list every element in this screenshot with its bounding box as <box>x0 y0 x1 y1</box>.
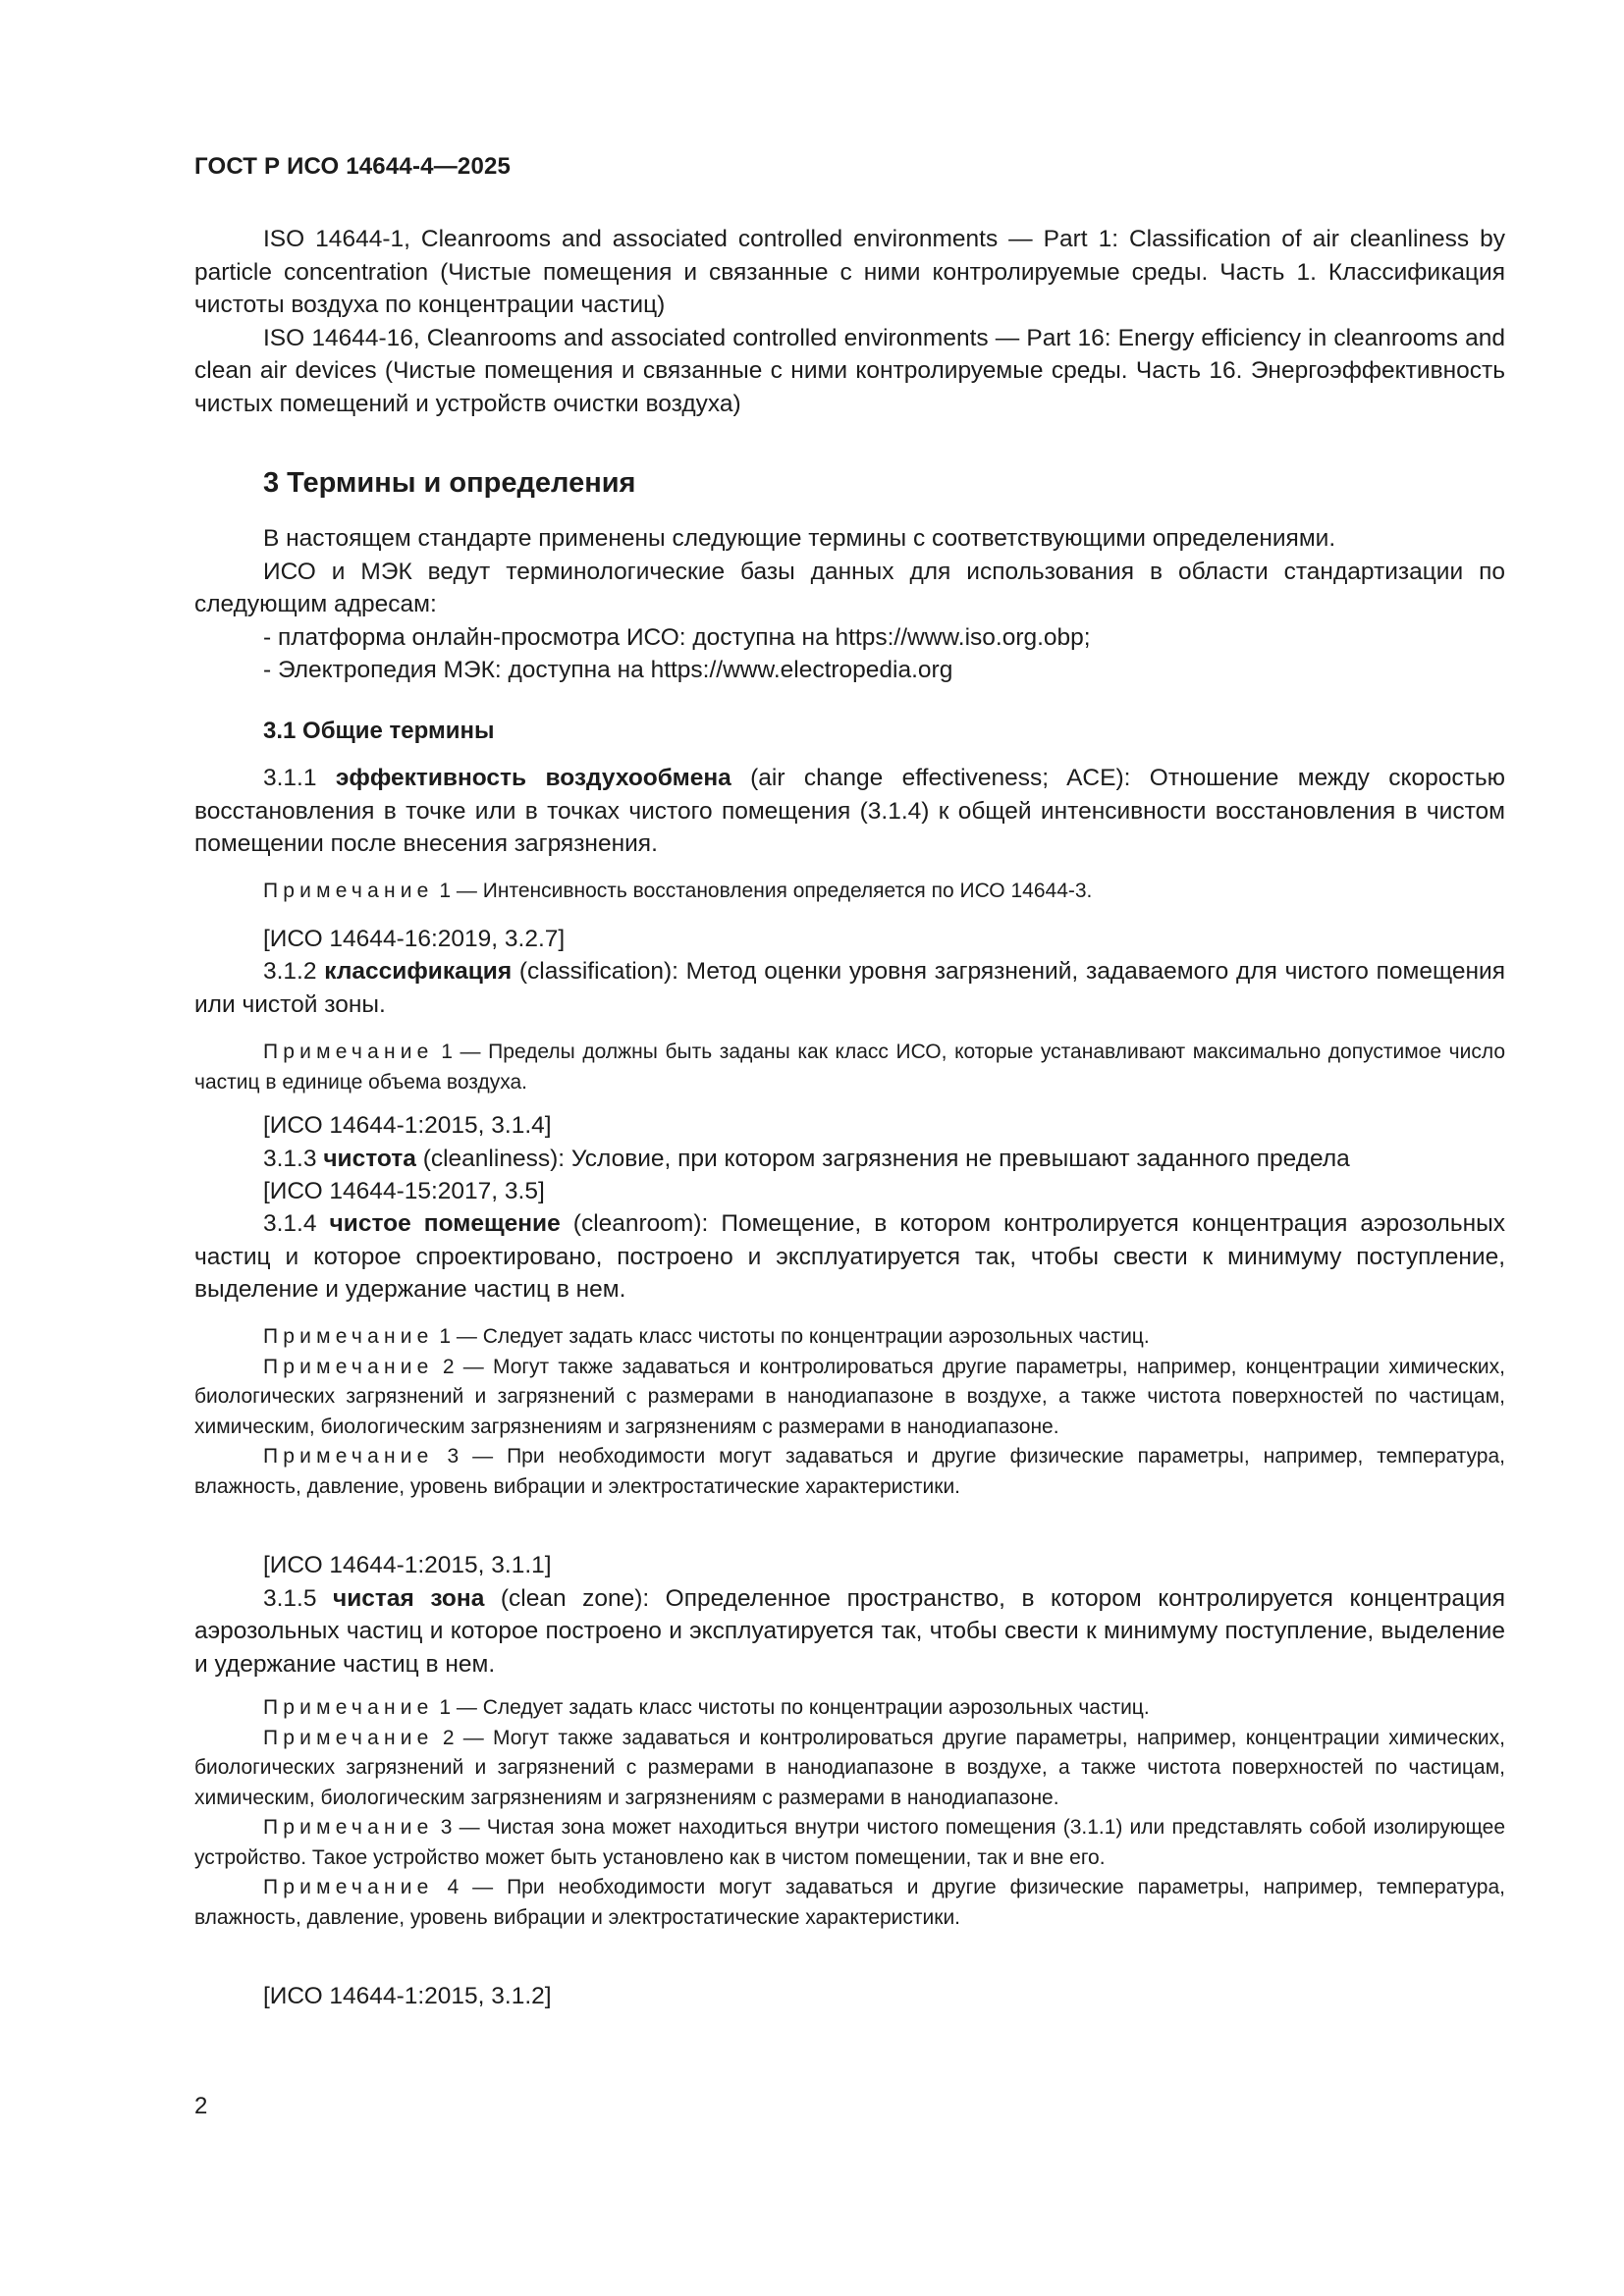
note: Примечание 2 — Могут также задаваться и … <box>194 1724 1505 1814</box>
note: Примечание 1 — Пределы должны быть задан… <box>194 1038 1505 1097</box>
section-3-intro: В настоящем стандарте применены следующи… <box>194 522 1505 687</box>
note: Примечание 2 — Могут также задаваться и … <box>194 1353 1505 1443</box>
list-item-electropedia: - Электропедия МЭК: доступна на https://… <box>194 654 1505 687</box>
term-3-1-2-notes: Примечание 1 — Пределы должны быть задан… <box>194 1038 1505 1097</box>
page-number: 2 <box>194 2093 207 2120</box>
term-3-1-3: [ИСО 14644-1:2015, 3.1.4] 3.1.3 чистота … <box>194 1109 1505 1208</box>
term-name: чистота <box>323 1146 416 1172</box>
term-3-1-2: 3.1.2 классификация (classification): Ме… <box>194 955 1505 1021</box>
term-3-1-2-source: [ИСО 14644-1:2015, 3.1.4] <box>194 1109 1505 1143</box>
term-definition: 3.1.3 чистота (cleanliness): Условие, пр… <box>194 1143 1505 1176</box>
note: Примечание 1 — Следует задать класс чист… <box>194 1322 1505 1353</box>
note: Примечание 1 — Следует задать класс чист… <box>194 1693 1505 1724</box>
document-header: ГОСТ Р ИСО 14644-4—2025 <box>194 153 511 181</box>
note: Примечание 3 — Чистая зона может находит… <box>194 1813 1505 1873</box>
term-3-1-4-notes: Примечание 1 — Следует задать класс чист… <box>194 1322 1505 1502</box>
term-3-1-5-notes: Примечание 1 — Следует задать класс чист… <box>194 1693 1505 1933</box>
note: Примечание 3 — При необходимости могут з… <box>194 1442 1505 1502</box>
term-definition: 3.1.5 чистая зона (clean zone): Определе… <box>194 1582 1505 1682</box>
term-3-1-5: [ИСО 14644-1:2015, 3.1.1] 3.1.5 чистая з… <box>194 1549 1505 1681</box>
document-page: ГОСТ Р ИСО 14644-4—2025 ISO 14644-1, Cle… <box>0 0 1624 2296</box>
subsection-title: 3.1 Общие термины <box>194 716 1505 747</box>
term-name: классификация <box>324 958 512 985</box>
term-definition: 3.1.4 чистое помещение (cleanroom): Поме… <box>194 1207 1505 1307</box>
term-name: эффективность воздухообмена <box>336 765 731 791</box>
term-source: [ИСО 14644-16:2019, 3.2.7] <box>194 923 1505 956</box>
reference-iso-14644-1: ISO 14644-1, Cleanrooms and associated c… <box>194 223 1505 322</box>
term-definition: 3.1.2 классификация (classification): Ме… <box>194 955 1505 1021</box>
intro-paragraph-2: ИСО и МЭК ведут терминологические базы д… <box>194 556 1505 621</box>
term-3-1-1-source: [ИСО 14644-16:2019, 3.2.7] <box>194 923 1505 956</box>
normative-references: ISO 14644-1, Cleanrooms and associated c… <box>194 223 1505 420</box>
term-source: [ИСО 14644-1:2015, 3.1.2] <box>194 1980 1505 2013</box>
term-3-1-4-source: [ИСО 14644-1:2015, 3.1.1] <box>194 1549 1505 1582</box>
section-3: 3 Термины и определения <box>194 465 1505 501</box>
list-item-iso-obp: - платформа онлайн-просмотра ИСО: доступ… <box>194 621 1505 655</box>
term-name: чистое помещение <box>330 1210 561 1237</box>
term-definition: 3.1.1 эффективность воздухообмена (air c… <box>194 762 1505 861</box>
reference-iso-14644-16: ISO 14644-16, Cleanrooms and associated … <box>194 322 1505 421</box>
subsection-3-1: 3.1 Общие термины <box>194 716 1505 747</box>
intro-paragraph-1: В настоящем стандарте применены следующи… <box>194 522 1505 556</box>
section-title: 3 Термины и определения <box>194 465 1505 501</box>
note: Примечание 1 — Интенсивность восстановле… <box>194 877 1505 907</box>
term-3-1-1-notes: Примечание 1 — Интенсивность восстановле… <box>194 877 1505 907</box>
term-name: чистая зона <box>333 1585 484 1612</box>
term-3-1-5-source: [ИСО 14644-1:2015, 3.1.2] <box>194 1980 1505 2013</box>
term-3-1-1: 3.1.1 эффективность воздухообмена (air c… <box>194 762 1505 861</box>
term-3-1-3-source: [ИСО 14644-15:2017, 3.5] <box>194 1175 1505 1208</box>
note: Примечание 4 — При необходимости могут з… <box>194 1873 1505 1933</box>
term-3-1-4: 3.1.4 чистое помещение (cleanroom): Поме… <box>194 1207 1505 1307</box>
